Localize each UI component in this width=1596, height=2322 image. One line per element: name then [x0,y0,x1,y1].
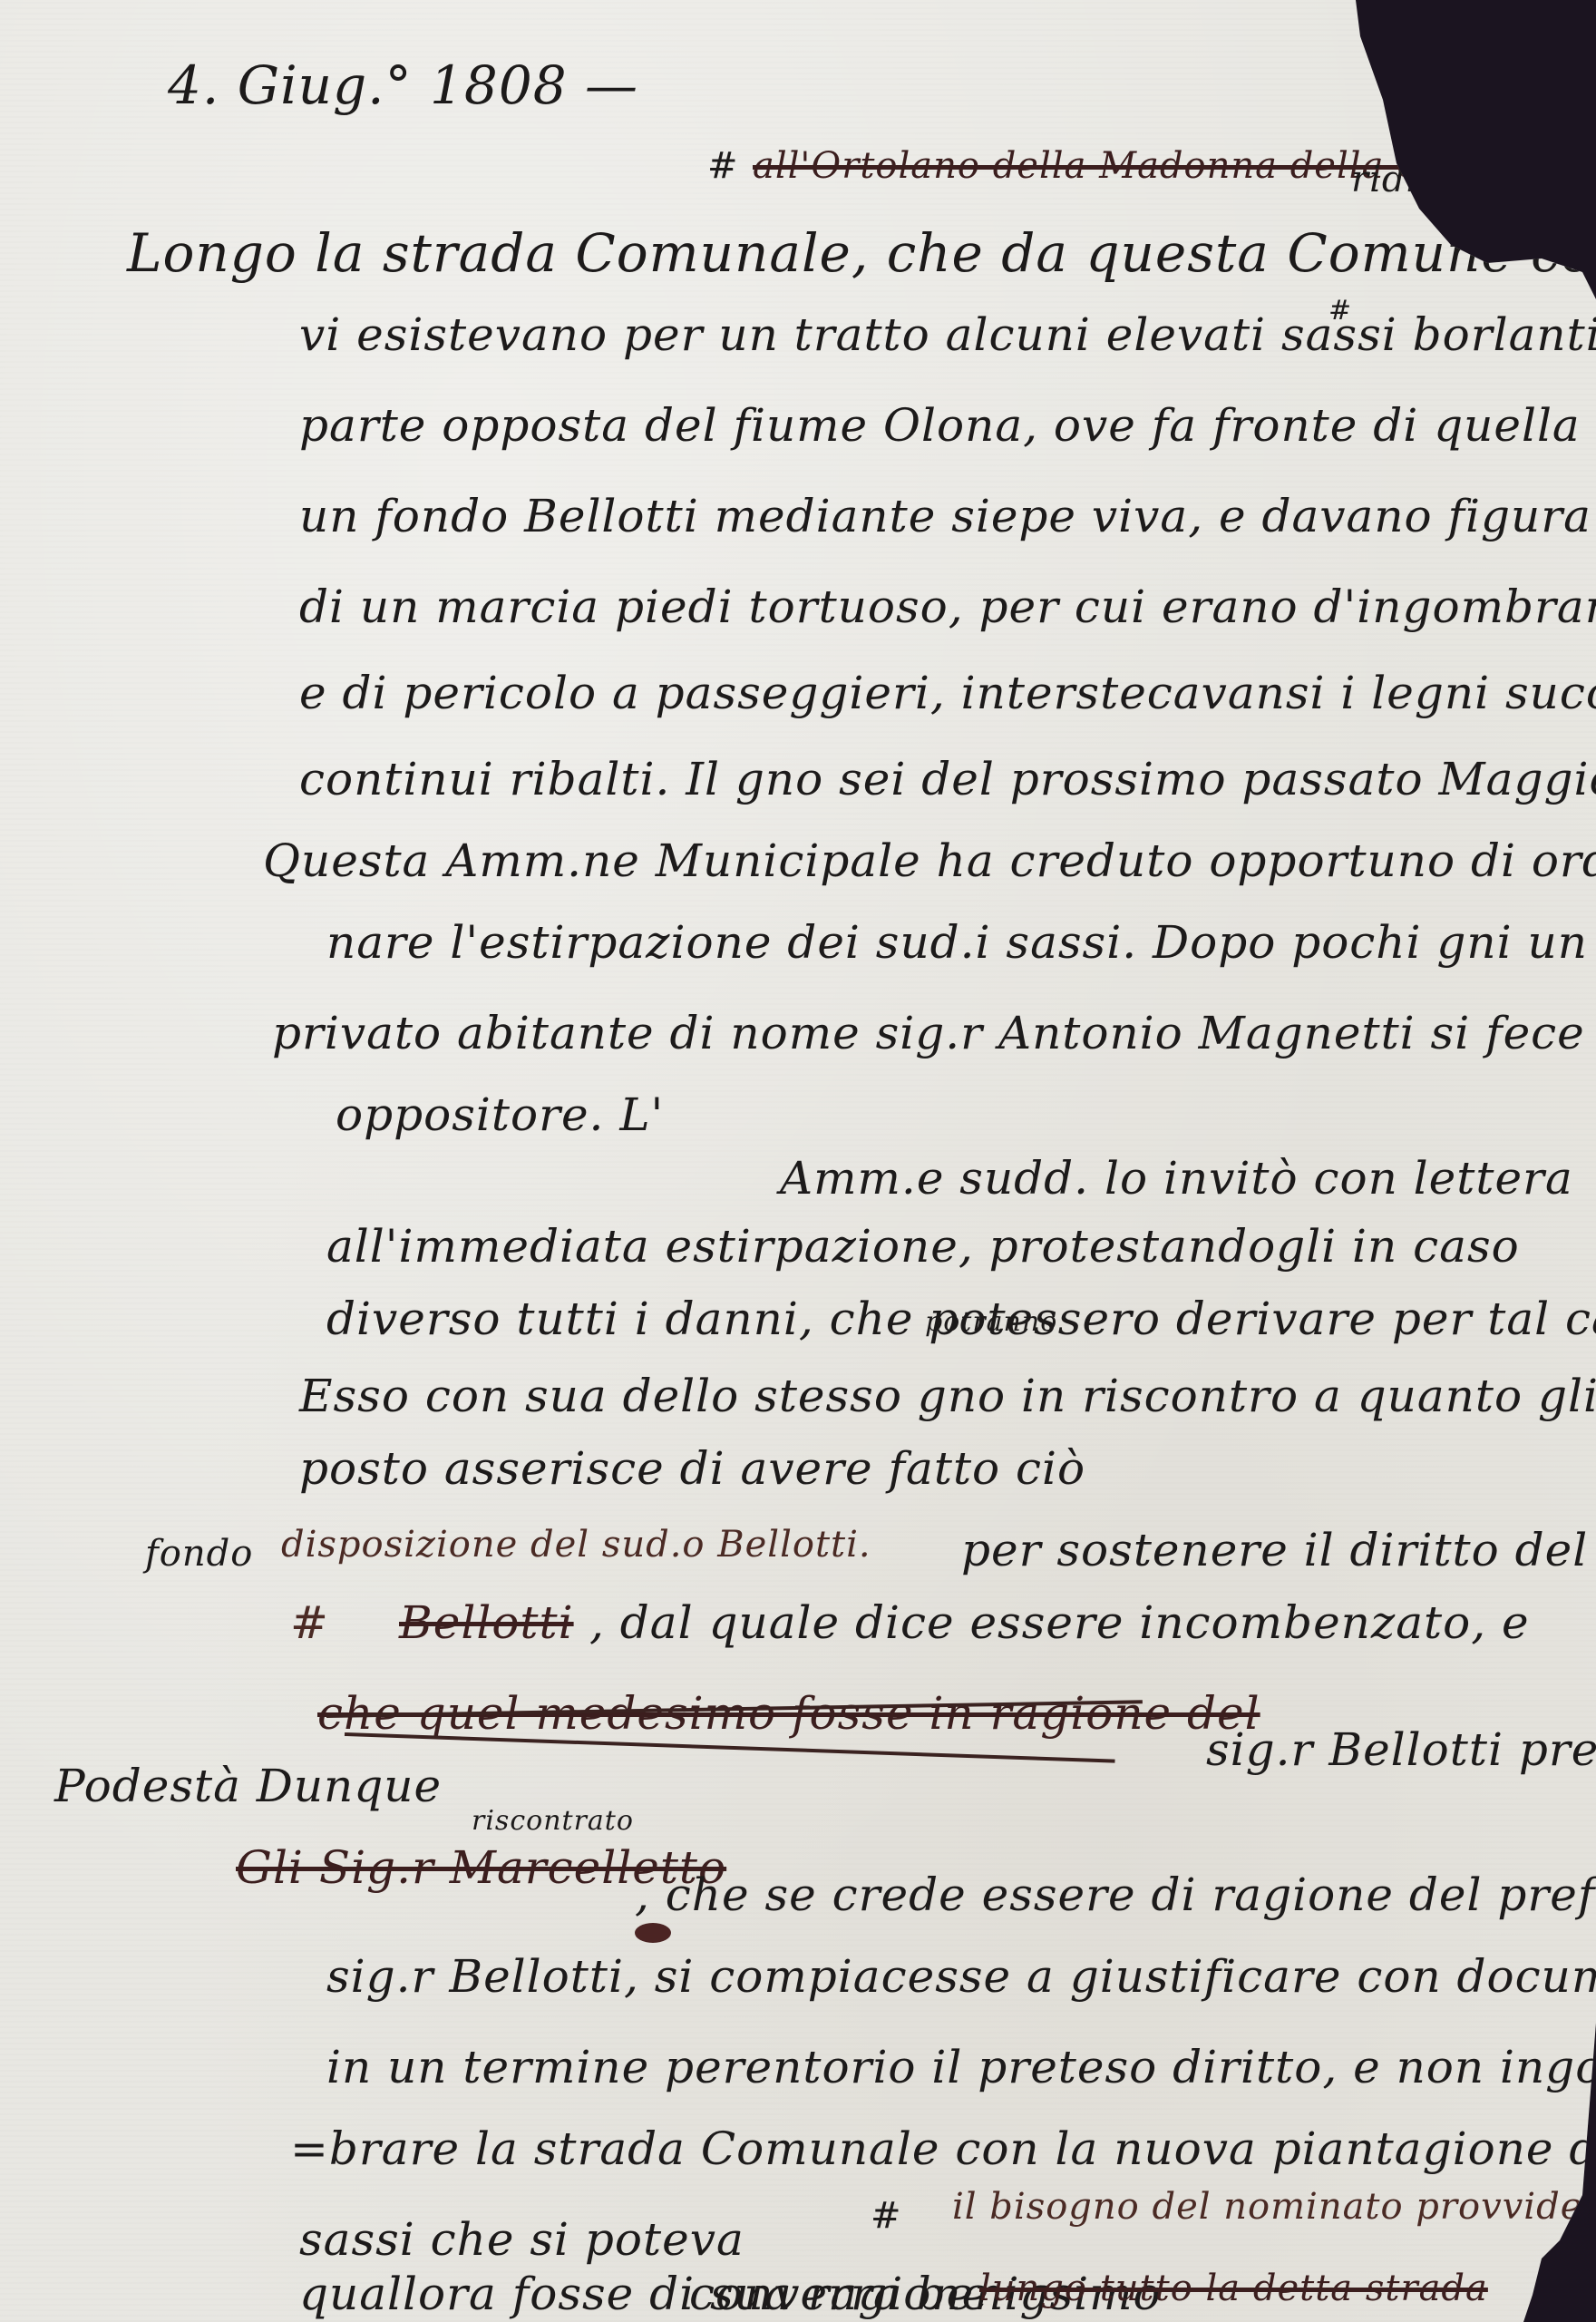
date-heading: 4. Giug.° 1808 — [168,54,638,116]
text-line-21: sig.r Bellotti, si compiacesse a giustif… [326,1950,1596,2003]
text-line-17: disposizione del sud.o Bellotti. [281,1524,871,1566]
text-line-4: un fondo Bellotti mediante siepe viva, e… [299,490,1596,542]
ink-blot [635,1923,671,1943]
insert-line-24: il bisogno del nominato provvide di sud. [952,2186,1596,2228]
text-line-15: Esso con sua dello stesso gno in riscont… [299,1370,1596,1422]
text-line-19: sig.r Bellotti predi. [1206,1723,1596,1776]
text-line-24: sassi che si poteva [299,2213,744,2266]
marker-line-18: # [290,1596,329,1649]
text-line-7: continui ribalti. Il gno sei del prossim… [299,753,1596,805]
text-line-18: , dal quale dice essere incombenzato, e [589,1596,1530,1649]
text-line-1: Longo la strada Comunale, che da questa … [127,222,1596,284]
insert-riscontrato: riscontrato [472,1805,634,1837]
text-line-8: Questa Amm.ne Municipale ha creduto oppo… [263,834,1596,887]
text-line-23: =brare la strada Comunale con la nuova p… [290,2122,1596,2175]
text-line-6: e di pericolo a passeggieri, interstecav… [299,667,1596,719]
margin-podesta: Podestà Dunque [54,1760,442,1812]
text-line-9: nare l'estirpazione dei sud.i sassi. Dop… [326,916,1588,969]
struck-bellotti: Bellotti [399,1596,574,1649]
text-line-20: , che se crede essere di ragione del pre… [635,1868,1596,1921]
marker-line-24: # [871,2195,902,2237]
text-line-12: Amm.e sudd. lo invitò con lettera [780,1152,1573,1205]
text-line-17b: per sostenere il diritto del [961,1524,1588,1576]
text-line-5: di un marcia piedi tortuoso, per cui era… [299,580,1596,633]
text-line-22: in un termine perentorio il preteso diri… [326,2041,1596,2093]
text-line-3: parte opposta del fiume Olona, ove fa fr… [299,399,1596,452]
text-line-2: vi esistevano per un tratto alcuni eleva… [299,308,1596,361]
insertion-marker: # [707,145,739,187]
margin-fondo: fondo [145,1533,253,1575]
struck-line-25: lungo tutto la detta strada [979,2268,1488,2309]
text-line-11: oppositore. L' [336,1088,664,1141]
text-line-16: posto asserisce di avere fatto ciò [299,1442,1085,1495]
manuscript-page: 4. Giug.° 1808 — # all'Ortolano della Ma… [0,0,1596,2322]
text-line-14: diverso tutti i danni, che potessero der… [326,1293,1596,1345]
text-line-13: all'immediata estirpazione, protestandog… [326,1220,1520,1273]
text-line-10: privato abitante di nome sig.r Antonio M… [272,1007,1585,1059]
